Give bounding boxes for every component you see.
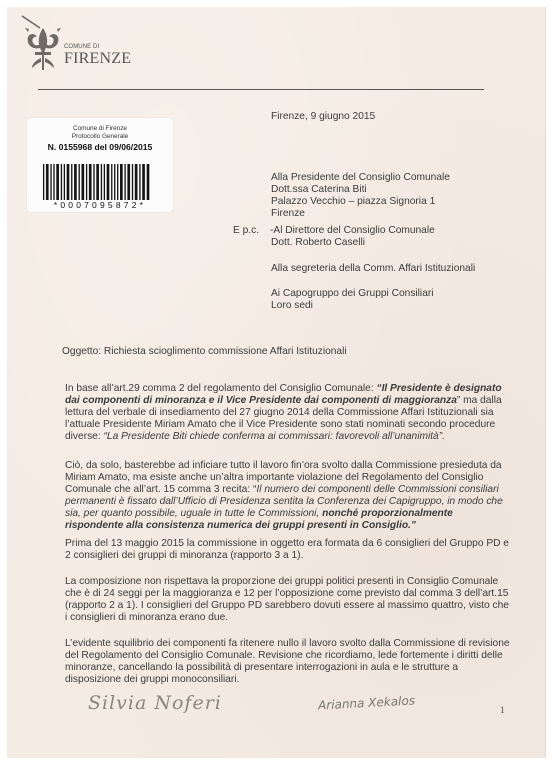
quoted-rule: dai componenti di minoranza e il Vice Pr… xyxy=(65,395,457,406)
sticker-registry: Protocollo Generale xyxy=(27,133,173,140)
text-line: Miriam Amato, ma esiste anche un’altra i… xyxy=(65,472,558,484)
text-line: del Regolamento del Consiglio Comunale. … xyxy=(65,650,558,662)
text-line: i consiglieri di minoranza erano due. xyxy=(65,612,558,624)
quoted-article: sia, per quanto possibile, uguale in tut… xyxy=(65,508,322,519)
text-line: (rapporto 2 a 1). I consiglieri del Grup… xyxy=(65,600,558,612)
recipient-line: Palazzo Vecchio – piazza Signoria 1 xyxy=(271,196,450,208)
text-line: Ciò, da solo, basterebbe ad inficiare tu… xyxy=(65,460,558,472)
body-paragraph-5: L’evidente squilibrio dei componenti fa … xyxy=(65,638,558,686)
page-number: 1 xyxy=(500,705,505,715)
body-paragraph-2: Ciò, da solo, basterebbe ad inficiare tu… xyxy=(65,460,558,532)
quoted-article: Il numero dei componenti delle Commissio… xyxy=(256,484,498,495)
text-run: diverse: xyxy=(65,431,104,442)
text-run: In base all’art.29 comma 2 del regolamen… xyxy=(65,383,376,394)
body-paragraph-1: In base all’art.29 comma 2 del regolamen… xyxy=(65,383,558,443)
recipient-line: Dott.ssa Caterina Biti xyxy=(271,184,450,196)
recipient-line: Ai Capogruppo dei Gruppi Consiliari xyxy=(271,288,434,300)
quoted-rule: “Il Presidente è designato xyxy=(376,383,501,394)
recipient-line: Dott. Roberto Caselli xyxy=(270,237,435,249)
text-line: lettura del verbale di insediamento del … xyxy=(65,407,558,419)
protocol-number: N. 0155968 del 09/06/2015 xyxy=(27,142,173,152)
recipient-line: Alla Presidente del Consiglio Comunale xyxy=(271,172,450,184)
recipient-line: Firenze xyxy=(271,208,450,220)
cc-label: E p.c. xyxy=(233,225,259,237)
text-line: La composizione non rispettava la propor… xyxy=(65,576,558,588)
group-leaders-recipient: Ai Capogruppo dei Gruppi Consiliari Loro… xyxy=(271,288,434,312)
text-line: l’attuale Presidente Miriam Amato che il… xyxy=(65,419,558,431)
barcode xyxy=(40,164,160,200)
quoted-article: permanenti è fissato dall’Ufficio di Pre… xyxy=(65,496,558,508)
body-paragraph-4: La composizione non rispettava la propor… xyxy=(65,576,558,624)
signature-1: Silvia Noferi xyxy=(88,692,222,714)
text-run: ” ma dalla xyxy=(457,395,502,406)
logo-text-firenze: FIRENZE xyxy=(64,50,131,68)
quoted-minutes: “La Presidente Biti chiede conferma ai c… xyxy=(104,431,445,442)
primary-recipient: Alla Presidente del Consiglio Comunale D… xyxy=(271,172,450,220)
recipient-line: Loro sedi xyxy=(271,300,434,312)
quoted-article-emphasis: nonché proporzionalmente xyxy=(322,508,453,519)
header-divider xyxy=(38,89,484,90)
text-line: disposizione dei gruppi monoconsiliari. xyxy=(65,674,558,686)
text-line: Prima del 13 maggio 2015 la commissione … xyxy=(65,538,558,550)
letter-date: Firenze, 9 giugno 2015 xyxy=(271,111,375,123)
quoted-article-emphasis: rispondente alla consistenza numerica de… xyxy=(65,520,558,532)
recipient-line: -Al Direttore del Consiglio Comunale xyxy=(270,225,435,237)
secretariat-recipient: Alla segreteria della Comm. Affari Istit… xyxy=(271,263,475,275)
barcode-number: *0007095872* xyxy=(33,200,167,210)
body-paragraph-3: Prima del 13 maggio 2015 la commissione … xyxy=(65,538,558,562)
text-line: che è di 24 seggi per la maggioranza e 1… xyxy=(65,588,558,600)
fleur-de-lis-icon xyxy=(20,14,66,80)
text-line: L’evidente squilibrio dei componenti fa … xyxy=(65,638,558,650)
text-run: Comunale che all’art. 15 comma 3 recita:… xyxy=(65,484,256,495)
subject-line: Oggetto: Richiesta scioglimento commissi… xyxy=(62,346,347,358)
sticker-org: Comune di Firenze xyxy=(27,125,173,132)
protocol-sticker: Comune di Firenze Protocollo Generale N.… xyxy=(27,118,173,212)
text-line: minoranze, cancellando la possibilità di… xyxy=(65,662,558,674)
text-line: 2 consiglieri dei gruppi di minoranza (r… xyxy=(65,550,558,562)
cc-recipient: -Al Direttore del Consiglio Comunale Dot… xyxy=(270,225,435,249)
